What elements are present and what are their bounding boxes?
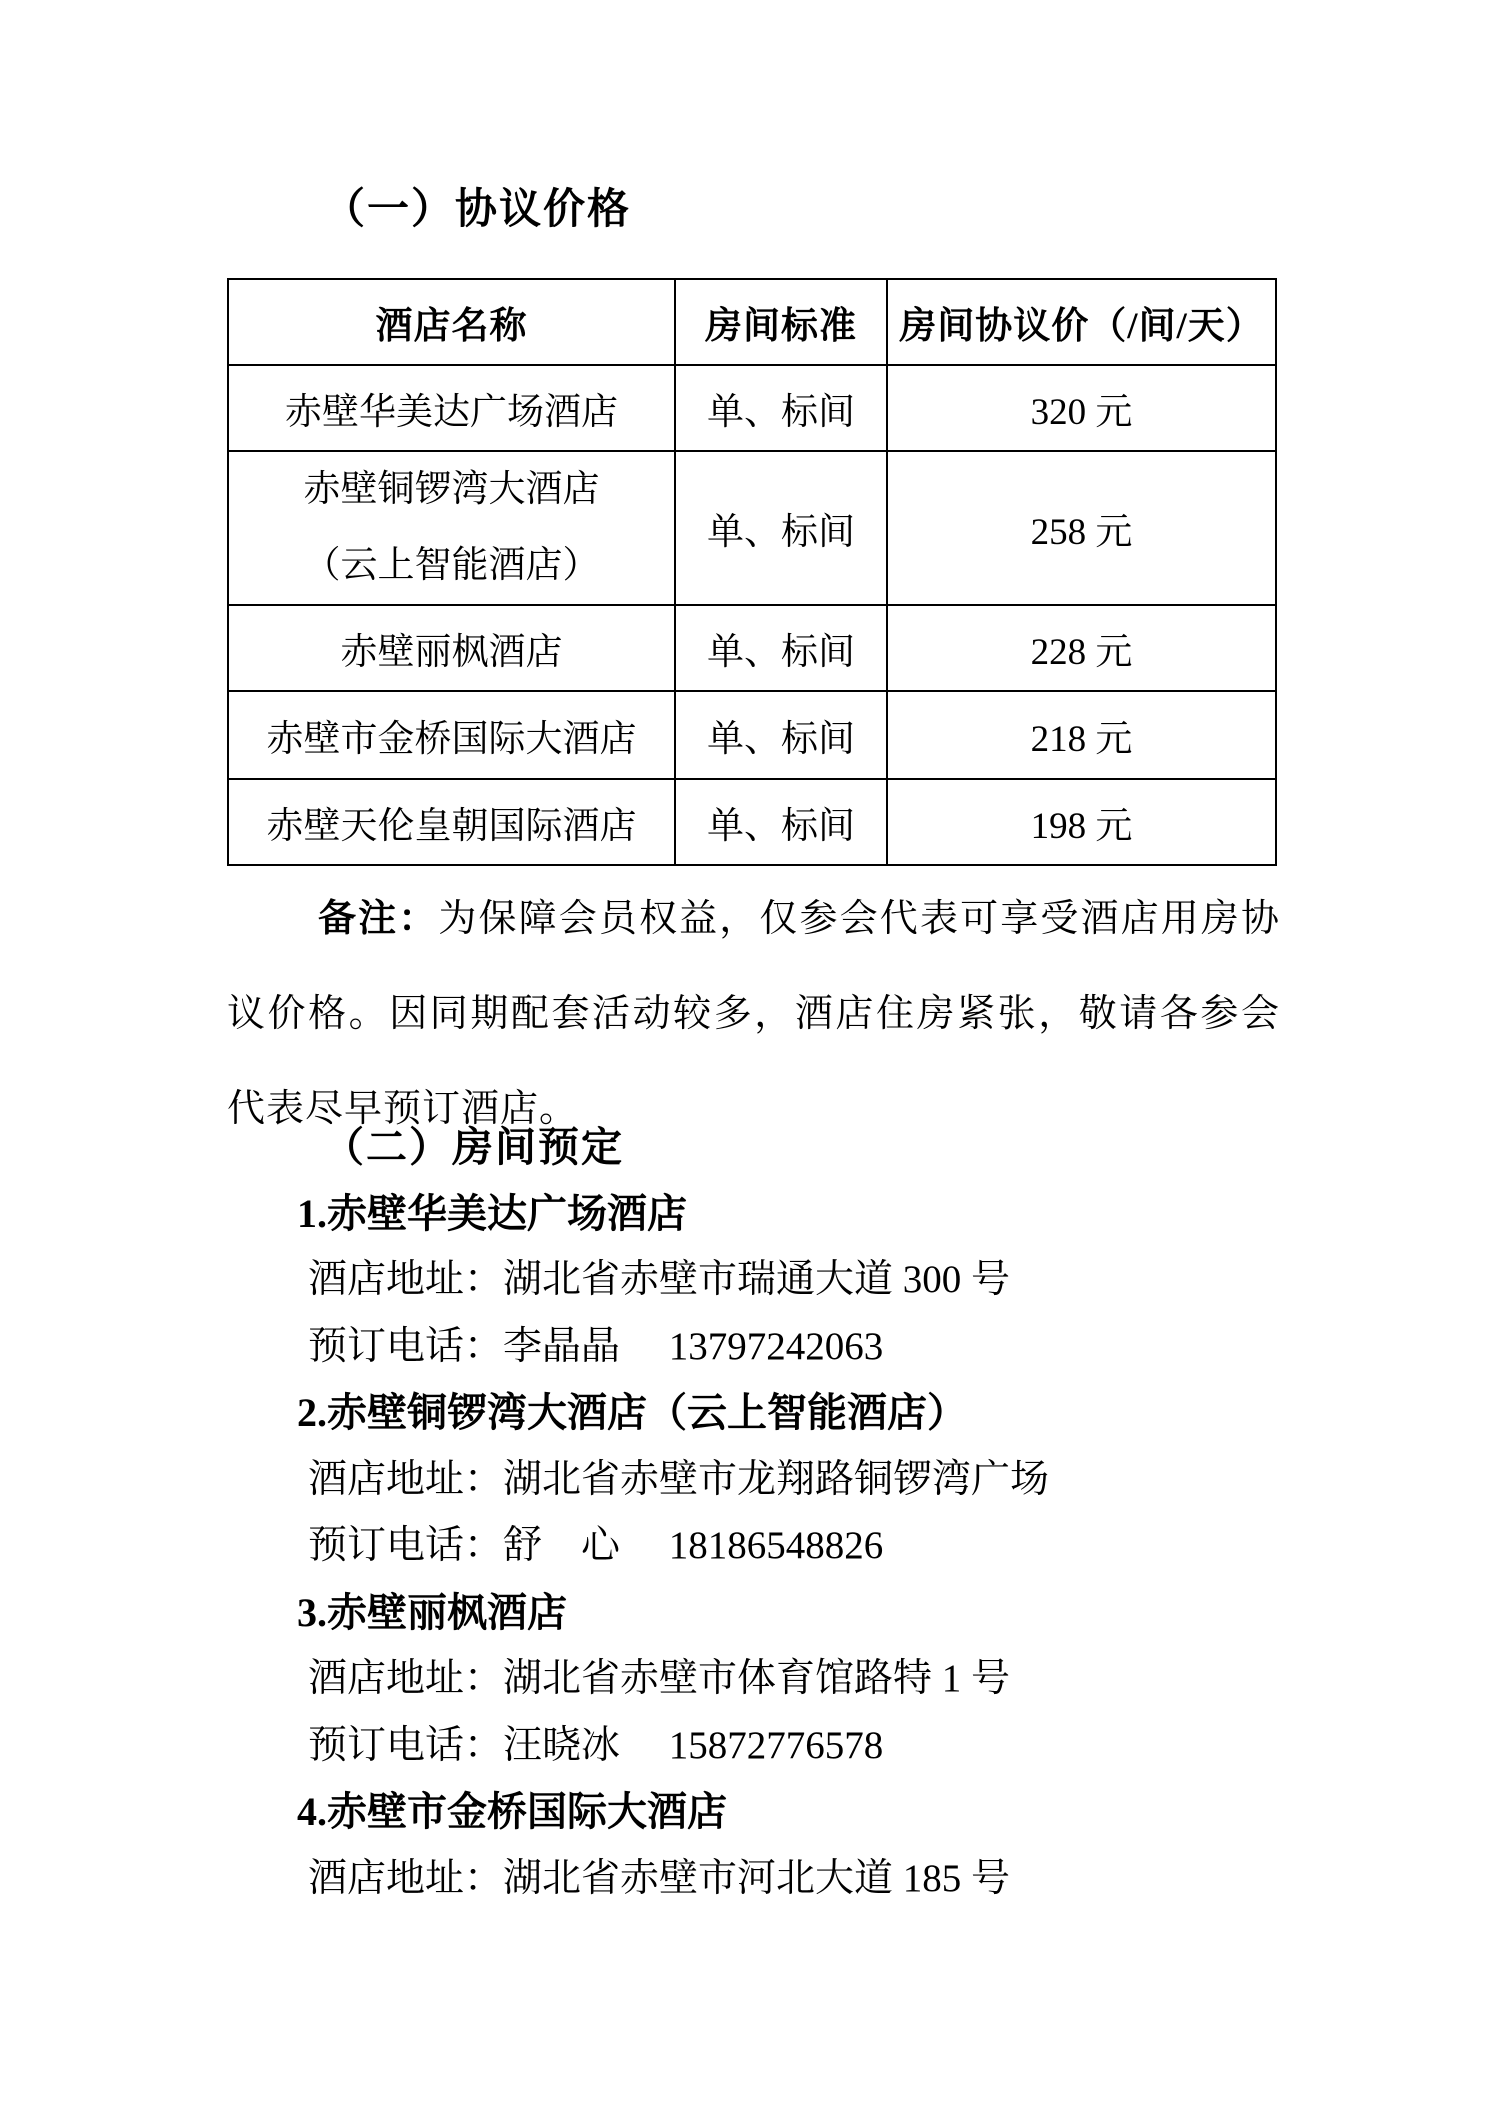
- price-cell: 218 元: [887, 691, 1276, 779]
- hotel-3-phone: 预订电话：汪晓冰 15872776578: [227, 1713, 1280, 1780]
- note-label: 备注：: [318, 898, 438, 940]
- hotel-3-title: 3.赤壁丽枫酒店: [227, 1580, 1280, 1647]
- hotel-name-cell: 赤壁市金桥国际大酒店: [228, 691, 675, 779]
- hotel-name-cell: 赤壁华美达广场酒店: [228, 365, 675, 451]
- room-standard-cell: 单、标间: [675, 451, 887, 605]
- hotel-1-address: 酒店地址：湖北省赤壁市瑞通大道 300 号: [227, 1247, 1280, 1314]
- note-text-1: 为保障会员权益，仅参会代表可享受酒店用房协: [438, 898, 1280, 940]
- price-cell: 228 元: [887, 605, 1276, 691]
- document-page: （一）协议价格 酒店名称 房间标准 房间协议价（/间/天） 赤壁华美达广场酒店 …: [0, 0, 1500, 2121]
- hotel-2-address: 酒店地址：湖北省赤壁市龙翔路铜锣湾广场: [227, 1447, 1280, 1514]
- hotel-name-line1: 赤壁铜锣湾大酒店: [229, 452, 674, 528]
- hotel-4-address: 酒店地址：湖北省赤壁市河北大道 185 号: [227, 1846, 1280, 1913]
- hotel-name-cell: 赤壁天伦皇朝国际酒店: [228, 779, 675, 865]
- price-cell: 258 元: [887, 451, 1276, 605]
- hotel-2-title: 2.赤壁铜锣湾大酒店（云上智能酒店）: [227, 1380, 1280, 1447]
- hotel-1-phone: 预订电话：李晶晶 13797242063: [227, 1314, 1280, 1381]
- header-cell-price: 房间协议价（/间/天）: [887, 279, 1276, 365]
- table-row: 赤壁市金桥国际大酒店 单、标间 218 元: [228, 691, 1276, 779]
- hotel-4-title: 4.赤壁市金桥国际大酒店: [227, 1779, 1280, 1846]
- hotel-3-address: 酒店地址：湖北省赤壁市体育馆路特 1 号: [227, 1646, 1280, 1713]
- price-cell: 320 元: [887, 365, 1276, 451]
- room-standard-cell: 单、标间: [675, 365, 887, 451]
- table-row: 赤壁铜锣湾大酒店 （云上智能酒店） 单、标间 258 元: [228, 451, 1276, 605]
- room-standard-cell: 单、标间: [675, 779, 887, 865]
- hotel-1-title: 1.赤壁华美达广场酒店: [227, 1181, 1280, 1248]
- section1-heading: （一）协议价格: [227, 176, 631, 236]
- table-row: 赤壁丽枫酒店 单、标间 228 元: [228, 605, 1276, 691]
- hotel-name-cell: 赤壁丽枫酒店: [228, 605, 675, 691]
- header-cell-room-standard: 房间标准: [675, 279, 887, 365]
- room-standard-cell: 单、标间: [675, 605, 887, 691]
- price-cell: 198 元: [887, 779, 1276, 865]
- price-table: 酒店名称 房间标准 房间协议价（/间/天） 赤壁华美达广场酒店 单、标间 320…: [227, 278, 1277, 866]
- section2-heading: （二）房间预定: [227, 1114, 1280, 1181]
- note-line-2: 议价格。因同期配套活动较多，酒店住房紧张，敬请各参会: [227, 967, 1280, 1062]
- section2-booking-list: （二）房间预定 1.赤壁华美达广场酒店 酒店地址：湖北省赤壁市瑞通大道 300 …: [227, 1114, 1280, 1912]
- room-standard-cell: 单、标间: [675, 691, 887, 779]
- note-line-1: 备注：为保障会员权益，仅参会代表可享受酒店用房协: [227, 872, 1280, 967]
- table-row: 赤壁华美达广场酒店 单、标间 320 元: [228, 365, 1276, 451]
- hotel-name-line2: （云上智能酒店）: [229, 528, 674, 604]
- table-row: 赤壁天伦皇朝国际酒店 单、标间 198 元: [228, 779, 1276, 865]
- header-cell-hotel-name: 酒店名称: [228, 279, 675, 365]
- table-header-row: 酒店名称 房间标准 房间协议价（/间/天）: [228, 279, 1276, 365]
- hotel-name-cell: 赤壁铜锣湾大酒店 （云上智能酒店）: [228, 451, 675, 605]
- hotel-2-phone: 预订电话：舒 心 18186548826: [227, 1513, 1280, 1580]
